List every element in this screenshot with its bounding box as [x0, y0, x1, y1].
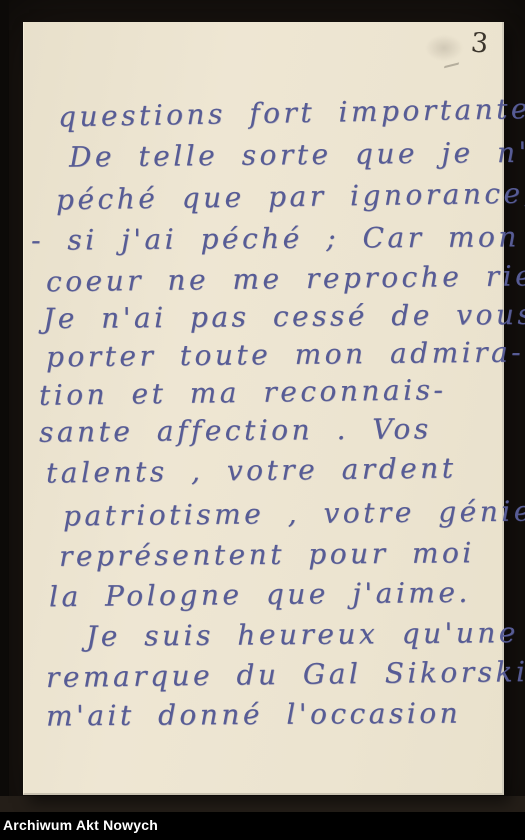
handwriting-line: coeur ne me reproche rien, — [46, 259, 525, 298]
handwriting-line: patriotisme , votre génie — [63, 495, 525, 533]
handwriting-line: remarque du Gal Sikorski — [46, 655, 525, 694]
archive-watermark-label: Archiwum Akt Nowych — [0, 812, 158, 833]
handwriting-line: représentent pour moi — [59, 536, 475, 573]
handwriting-line: De telle sorte que je n'ai — [69, 135, 525, 173]
handwriting-line: tion et ma reconnais- — [39, 373, 447, 412]
scan-lower-band — [0, 796, 525, 812]
handwriting-line: péché que par ignorance, — [56, 177, 525, 217]
letter-page: 3 questions fort importantes. De telle s… — [23, 22, 504, 795]
scan-edge-shadow — [0, 0, 9, 840]
handwriting-line: Je n'ai pas cessé de vous — [43, 298, 525, 335]
handwriting-line: Je suis heureux qu'une — [86, 616, 519, 653]
archive-watermark-bar: Archiwum Akt Nowych — [0, 812, 525, 840]
handwriting-line: la Pologne que j'aime. — [49, 576, 471, 613]
faint-pencil-smudge — [418, 30, 470, 66]
handwriting-line: talents , votre ardent — [46, 451, 457, 489]
page-number: 3 — [469, 27, 489, 59]
handwriting-line: porter toute mon admira- — [46, 335, 524, 373]
handwriting-line: sante affection . Vos — [39, 412, 432, 448]
handwriting-line: questions fort importantes. — [58, 92, 525, 134]
handwriting-line: m'ait donné l'occasion — [46, 697, 461, 733]
scan-background: 3 questions fort importantes. De telle s… — [0, 0, 525, 840]
handwriting-line: - si j'ai péché ; Car mon — [31, 220, 520, 256]
